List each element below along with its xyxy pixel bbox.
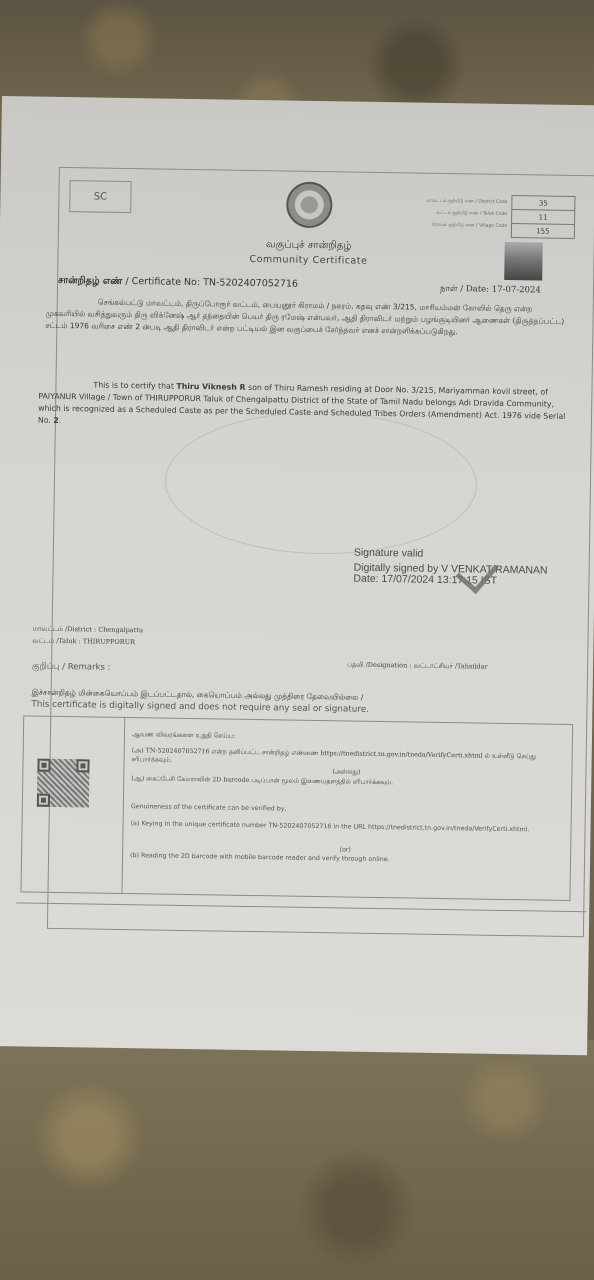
taluk-line: வட்டம் /Taluk : THIRUPPORUR	[32, 635, 143, 649]
certificate-frame: SC மாவட்டக் குறியீடு எண் / District Code…	[47, 167, 594, 937]
signature-status: Signature valid	[354, 548, 548, 562]
date-line: நாள் / Date: 17-07-2024	[440, 284, 541, 297]
verify-a-english: (a) Keying in the unique certificate num…	[131, 819, 561, 835]
cert-no-label-tamil: சான்றிதழ் எண்	[58, 275, 122, 287]
verify-heading-tamil: ஆவண விவரங்களை உறுதி செய்ய:	[132, 730, 562, 746]
qr-cell	[22, 716, 126, 893]
code-labels: மாவட்டக் குறியீடு எண் / District Code வட…	[377, 195, 508, 233]
code-table: 35 11 155	[511, 195, 576, 239]
digital-signature: Signature valid Digitally signed by V VE…	[353, 548, 547, 588]
body-prefix: This is to certify that	[93, 380, 176, 390]
bottom-divider	[16, 902, 586, 912]
certificate-number-line: சான்றிதழ் எண் / Certificate No: TN-52024…	[58, 275, 298, 291]
title-tamil: வகுப்புச் சான்றிதழ்	[244, 239, 374, 253]
taluk-code-value: 11	[512, 210, 574, 225]
village-code-label: கிராமக் குறியீடு எண் / Village Code	[377, 219, 507, 233]
location-block: மாவட்டம் /District : Chengalpattu வட்டம்…	[32, 623, 143, 649]
village-code-value: 155	[512, 224, 574, 238]
applicant-photo	[504, 242, 543, 281]
district-code-value: 35	[512, 196, 574, 211]
background-surface-bottom	[0, 1040, 594, 1280]
issue-date: 17-07-2024	[492, 285, 541, 296]
date-label: நாள் / Date:	[440, 284, 492, 295]
verification-box: ஆவண விவரங்களை உறுதி செய்ய: (அ) TN-520240…	[20, 715, 573, 901]
applicant-name: Thiru Viknesh R	[176, 382, 245, 392]
certificate-paper: SC மாவட்டக் குறியீடு எண் / District Code…	[0, 96, 594, 1055]
title-english: Community Certificate	[243, 254, 373, 267]
body-suffix: .	[59, 416, 62, 425]
body-tamil: செங்கல்பட்டு மாவட்டம், திருப்போரூர் வட்ட…	[45, 296, 566, 340]
tn-emblem-icon	[286, 181, 333, 228]
qr-code-icon	[37, 759, 90, 808]
cert-no-label-english: / Certificate No:	[122, 276, 203, 288]
verify-heading-english: Genuineness of the certificate can be ve…	[131, 802, 561, 818]
category-box: SC	[69, 180, 131, 213]
certificate-number: TN-5202407052716	[203, 277, 298, 289]
designation-line: பதவி /Designation : வட்டாட்சியர் /Tahsil…	[347, 660, 488, 671]
remarks-label: குறிப்பு / Remarks :	[32, 662, 111, 674]
